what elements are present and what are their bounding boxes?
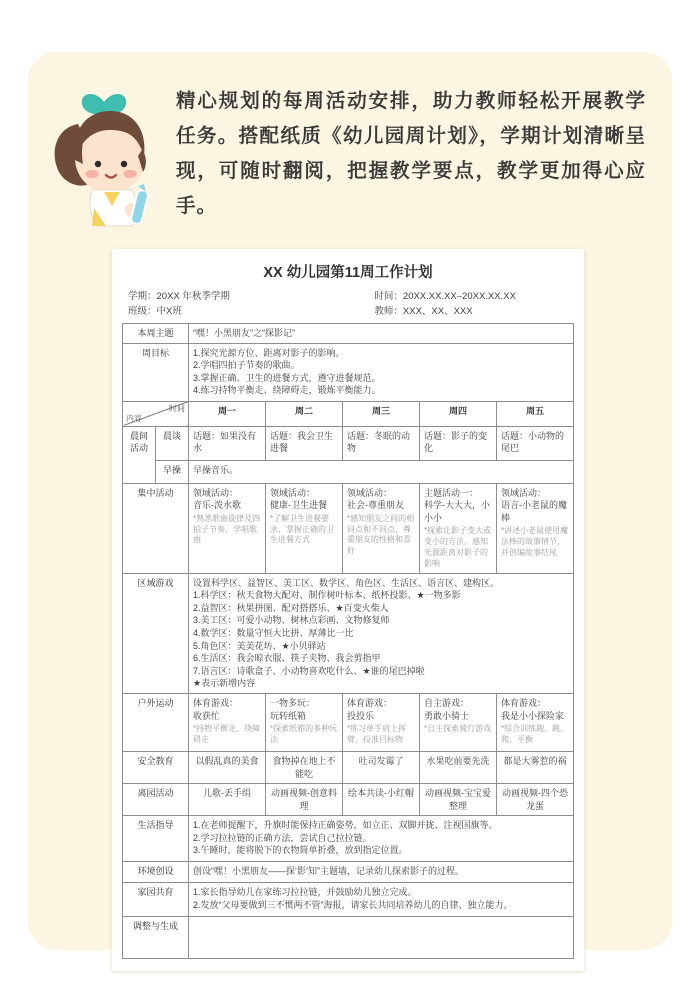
morning-talk-fri: 话题：小动物的尾巴 (496, 426, 573, 460)
area-line: 2.益智区：秋果拼图、配对搭搭乐、★百变火柴人 (193, 602, 569, 615)
life-line: 2.学习拉拉链的正确方法，尝试自己拉拉链。 (193, 832, 569, 845)
area-games-cell: 设置科学区、益智区、美工区、数学区、角色区、生活区、语言区、建构区。 1.科学区… (189, 573, 574, 693)
label-leaving: 离园活动 (123, 784, 189, 816)
area-line: 1.科学区：秋天食物大配对、制作树叶标本、纸杯投影、★一物多影 (193, 589, 569, 602)
safety-tue: 食物掉在地上不能吃 (266, 751, 343, 783)
area-line: 4.数学区：数量守恒大比拼、厚薄比一比 (193, 627, 569, 640)
corner-header-cell: 时间 内容 (123, 401, 189, 426)
meta-class: 班级：中X班 (128, 304, 374, 319)
class-value: 中X班 (157, 306, 182, 317)
area-line: 6.生活区：我会晾衣服、筷子夹物、我会剪指甲 (193, 652, 569, 665)
label-adjust: 调整与生成 (123, 917, 189, 959)
area-line: 3.美工区：可爱小动物、树林点彩画、文物修复师 (193, 614, 569, 627)
theme-value: “嘿！小黑朋友”之“探影记” (189, 324, 574, 344)
morning-exercise-value: 早操音乐。 (189, 460, 574, 483)
day-header-fri: 周五 (496, 401, 573, 426)
day-header-mon: 周一 (189, 401, 266, 426)
leaving-tue: 动画视频-创意料理 (266, 784, 343, 816)
focus-tue: 领域活动： 健康-卫生进餐 *了解卫生进餐要求，掌握正确的卫生进餐方式 (266, 483, 343, 573)
adjust-cell (189, 917, 574, 959)
weekly-plan-table: 本周主题 “嘿！小黑朋友”之“探影记” 周目标 1.探究光源方位、距离对影子的影… (122, 323, 574, 959)
life-line: 1.在老师提醒下，升旗时能保持正确姿势，如立正、双脚并拢、注视国旗等。 (193, 819, 569, 832)
corner-content-label: 内容 (126, 413, 142, 424)
day-header-wed: 周三 (342, 401, 419, 426)
outdoor-mon: 体育游戏： 收获忙 *持物平衡走、绕障碍走 (189, 693, 266, 751)
morning-talk-mon: 话题：如果没有水 (189, 426, 266, 460)
area-line: 5.角色区：美美花坊、★小贝驿站 (193, 640, 569, 653)
class-label: 班级： (128, 306, 157, 317)
leaving-mon: 儿歌-丢手绢 (189, 784, 266, 816)
cartoon-girl-mascot (48, 86, 158, 238)
label-morning-exercise: 早操 (156, 460, 189, 483)
meta-right: 时间：20XX.XX.XX–20XX.XX.XX 教师：XXX、XX、XXX (374, 289, 568, 319)
area-line: 设置科学区、益智区、美工区、数学区、角色区、生活区、语言区、建构区。 (193, 577, 569, 590)
label-environment: 环境创设 (123, 862, 189, 883)
leaving-fri: 动画视频-四个恐龙蛋 (496, 784, 573, 816)
label-theme: 本周主题 (123, 324, 189, 344)
intro-text: 精心规划的每周活动安排，助力教师轻松开展教学任务。搭配纸质《幼儿园周计划》，学期… (176, 84, 646, 224)
row-morning-talk: 晨间活动 晨谈 话题：如果没有水 话题：我会卫生进餐 话题：冬眠的动物 话题：影… (123, 426, 574, 460)
teacher-value: XXX、XX、XXX (403, 306, 473, 317)
row-home-coop: 家园共育 1.家长指导幼儿在家练习拉拉链，并鼓励幼儿独立完成。 2.发放“父母要… (123, 883, 574, 917)
area-line: ★表示新增内容 (193, 677, 569, 690)
semester-label: 学期： (128, 291, 157, 302)
goal-item: 1.探究光源方位、距离对影子的影响。 (193, 347, 569, 360)
semester-value: 20XX 年秋季学期 (157, 291, 230, 302)
outdoor-tue: 一物多玩： 玩转纸箱 *探索纸箱的多种玩法 (266, 693, 343, 751)
morning-talk-tue: 话题：我会卫生进餐 (266, 426, 343, 460)
safety-thu: 水果吃前要先洗 (419, 751, 496, 783)
outdoor-thu: 自主游戏： 勇敢小骑士 *自主探索骑行游戏 (419, 693, 496, 751)
label-home-coop: 家园共育 (123, 883, 189, 917)
leaving-wed: 绘本共读-小红帽 (342, 784, 419, 816)
teacher-label: 教师： (374, 306, 403, 317)
life-line: 3.午睡时，能将脱下的衣物简单折叠，放到指定位置。 (193, 844, 569, 857)
row-morning-exercise: 早操 早操音乐。 (123, 460, 574, 483)
goal-item: 4.练习持物平衡走、绕障碍走，锻炼平衡能力。 (193, 384, 569, 397)
outdoor-wed: 体育游戏： 投投乐 *练习单手肩上挥臂，投准目标物 (342, 693, 419, 751)
meta-left: 学期：20XX 年秋季学期 班级：中X班 (128, 289, 374, 319)
meta-time: 时间：20XX.XX.XX–20XX.XX.XX (374, 289, 568, 304)
label-area: 区域游戏 (123, 573, 189, 693)
row-leaving: 离园活动 儿歌-丢手绢 动画视频-创意料理 绘本共读-小红帽 动画视频-宝宝爱整… (123, 784, 574, 816)
time-label: 时间： (374, 291, 403, 302)
corner-time-label: 时间 (169, 403, 185, 414)
label-outdoor: 户外运动 (123, 693, 189, 751)
label-morning-talk: 晨谈 (156, 426, 189, 460)
home-line: 1.家长指导幼儿在家练习拉拉链，并鼓励幼儿独立完成。 (193, 886, 569, 899)
outdoor-fri: 体育游戏： 我是小小探险家 *综合训练跑、跳、爬、平衡 (496, 693, 573, 751)
plan-meta: 学期：20XX 年秋季学期 班级：中X班 时间：20XX.XX.XX–20XX.… (122, 289, 574, 323)
goal-item: 3.掌握正确、卫生的进餐方式，遵守进餐规范。 (193, 372, 569, 385)
label-goals: 周目标 (123, 343, 189, 401)
row-outdoor: 户外运动 体育游戏： 收获忙 *持物平衡走、绕障碍走 一物多玩： 玩转纸箱 *探… (123, 693, 574, 751)
home-coop-cell: 1.家长指导幼儿在家练习拉拉链，并鼓励幼儿独立完成。 2.发放“父母要做到三不惯… (189, 883, 574, 917)
row-theme: 本周主题 “嘿！小黑朋友”之“探影记” (123, 324, 574, 344)
environment-cell: 创设“嘿！小黑朋友——探‘影’知”主题墙，记录幼儿探索影子的过程。 (189, 862, 574, 883)
focus-mon: 领域活动： 音乐-泼水歌 *熟悉歌曲旋律及四拍子节奏，学唱歌曲 (189, 483, 266, 573)
focus-thu: 主题活动一： 科学-大大大，小小小 *探索让影子变大或变小的方法，感知光源距离对… (419, 483, 496, 573)
label-safety: 安全教育 (123, 751, 189, 783)
row-focus-activity: 集中活动 领域活动： 音乐-泼水歌 *熟悉歌曲旋律及四拍子节奏，学唱歌曲 领域活… (123, 483, 574, 573)
meta-teacher: 教师：XXX、XX、XXX (374, 304, 568, 319)
label-morning-group: 晨间活动 (123, 426, 156, 483)
row-goals: 周目标 1.探究光源方位、距离对影子的影响。 2.学唱四拍子节奏的歌曲。 3.掌… (123, 343, 574, 401)
safety-wed: 吐司发霉了 (342, 751, 419, 783)
row-safety: 安全教育 以假乱真的美食 食物掉在地上不能吃 吐司发霉了 水果吃前要先洗 都是大… (123, 751, 574, 783)
weekly-plan-sheet: XX 幼儿园第11周工作计划 学期：20XX 年秋季学期 班级：中X班 时间：2… (112, 249, 584, 971)
row-life-guidance: 生活指导 1.在老师提醒下，升旗时能保持正确姿势，如立正、双脚并拢、注视国旗等。… (123, 816, 574, 862)
focus-fri: 领域活动： 语言-小老鼠的魔棒 *讲述小老鼠使用魔法棒的故事情节，并创编故事结尾 (496, 483, 573, 573)
leaving-thu: 动画视频-宝宝爱整理 (419, 784, 496, 816)
row-area-games: 区域游戏 设置科学区、益智区、美工区、数学区、角色区、生活区、语言区、建构区。 … (123, 573, 574, 693)
row-day-header: 时间 内容 周一 周二 周三 周四 周五 (123, 401, 574, 426)
day-header-thu: 周四 (419, 401, 496, 426)
day-header-tue: 周二 (266, 401, 343, 426)
goal-item: 2.学唱四拍子节奏的歌曲。 (193, 359, 569, 372)
morning-talk-thu: 话题：影子的变化 (419, 426, 496, 460)
plan-title: XX 幼儿园第11周工作计划 (122, 257, 574, 289)
time-value: 20XX.XX.XX–20XX.XX.XX (403, 291, 516, 302)
home-line: 2.发放“父母要做到三不惯两不管”海报，请家长共同培养幼儿的自律、独立能力。 (193, 899, 569, 912)
morning-talk-wed: 话题：冬眠的动物 (342, 426, 419, 460)
focus-wed: 领域活动： 社会-尊重朋友 *感知朋友之间的相同点和不同点，尊重朋友的性格和喜好 (342, 483, 419, 573)
row-environment: 环境创设 创设“嘿！小黑朋友——探‘影’知”主题墙，记录幼儿探索影子的过程。 (123, 862, 574, 883)
goals-cell: 1.探究光源方位、距离对影子的影响。 2.学唱四拍子节奏的歌曲。 3.掌握正确、… (189, 343, 574, 401)
label-life: 生活指导 (123, 816, 189, 862)
row-adjust: 调整与生成 (123, 917, 574, 959)
meta-semester: 学期：20XX 年秋季学期 (128, 289, 374, 304)
label-focus: 集中活动 (123, 483, 189, 573)
area-line: 7.语言区：诗歌盒子、小动物喜欢吃什么、★谁的尾巴掉啦 (193, 665, 569, 678)
life-guidance-cell: 1.在老师提醒下，升旗时能保持正确姿势，如立正、双脚并拢、注视国旗等。 2.学习… (189, 816, 574, 862)
safety-fri: 都是大雾惹的祸 (496, 751, 573, 783)
safety-mon: 以假乱真的美食 (189, 751, 266, 783)
